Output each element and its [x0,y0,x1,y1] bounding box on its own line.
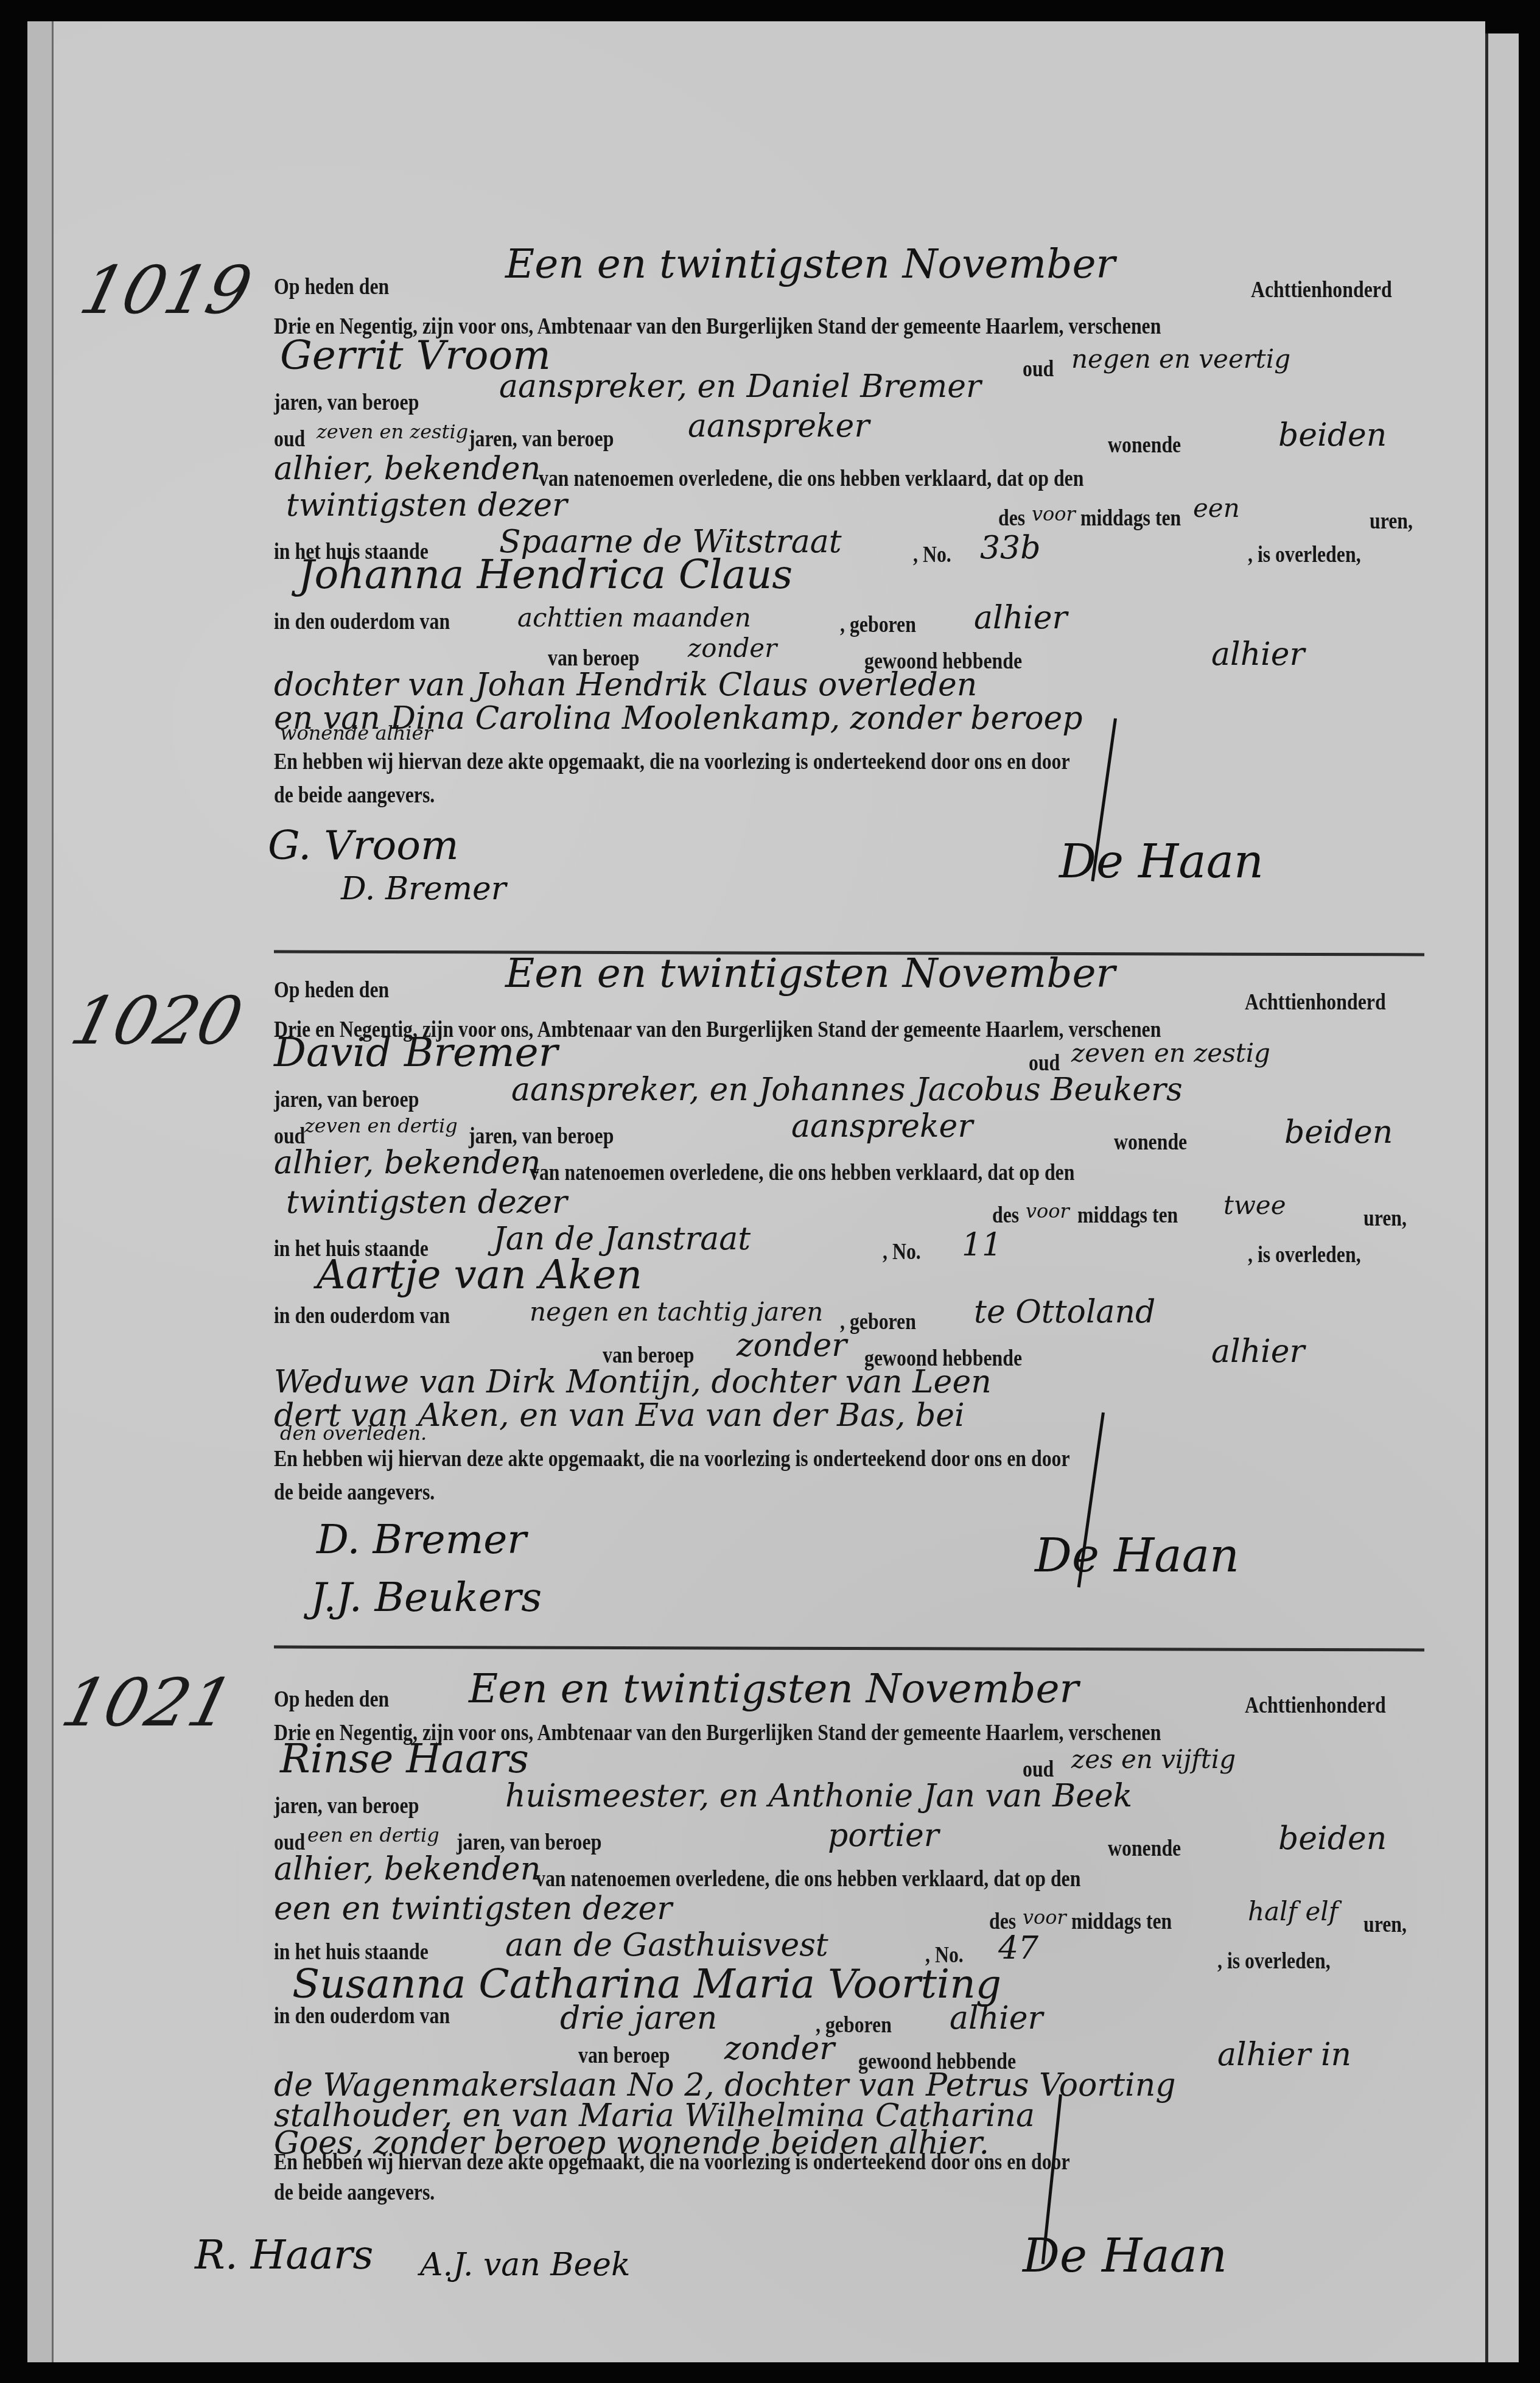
printed-closing-2: de beide aangevers. [274,1479,435,1506]
declarant-1: Rinse Haars [280,1735,529,1782]
record-number: 1020 [63,983,250,1059]
printed-closing-1: En hebben wij hiervan deze akte opgemaak… [274,749,1070,775]
printed-uren: uren, [1370,508,1413,535]
signature-declarant-2: J.J. Beukers [310,1574,542,1621]
declarant-2-age: zeven en dertig [304,1114,458,1137]
record-date: Een en twintigsten November [505,240,1115,287]
printed-wonende: wonende [1108,432,1181,458]
printed-achttienhonderd: Achttienhonderd [1245,989,1386,1016]
printed-achttienhonderd: Achttienhonderd [1251,277,1392,303]
death-day: een en twintigsten dezer [274,1890,672,1927]
declarant-2-age: zeven en zestig [317,420,468,443]
house-number: 33b [980,530,1040,566]
deceased-name: Johanna Hendrica Claus [298,551,793,598]
printed-is-overleden: , is overleden, [1248,1242,1361,1268]
death-day: twintigsten dezer [286,487,567,524]
printed-jaren-van-beroep: jaren, van beroep [274,1087,419,1113]
house-number: 47 [998,1930,1038,1967]
deceased-name: Aartje van Aken [317,1251,642,1298]
deceased-age: negen en tachtig jaren [530,1297,823,1327]
printed-oud-2: oud [274,426,305,452]
printed-uren: uren, [1363,1912,1407,1938]
printed-middags-ten: middags ten [1080,505,1181,532]
house-number: 11 [962,1227,1002,1263]
parents-line-1: Weduwe van Dirk Montijn, dochter van Lee… [274,1364,992,1400]
time-prefix: voor [1023,1906,1066,1929]
printed-op-heden: Op heden den [274,1686,389,1713]
printed-middags-ten: middags ten [1071,1909,1172,1935]
declarant-1-occupation: aanspreker, en Johannes Jacobus Beukers [511,1072,1183,1108]
printed-des: des [998,505,1025,532]
printed-closing-2: de beide aangevers. [274,2180,435,2206]
printed-ouderdom: in den ouderdom van [274,609,450,635]
printed-is-overleden: , is overleden, [1248,542,1361,568]
declarant-1-age: negen en veertig [1071,344,1290,374]
printed-jaren-van-beroep: jaren, van beroep [274,1793,419,1819]
signature-declarant-1: R. Haars [195,2231,373,2278]
declarant-1: David Bremer [274,1029,558,1076]
declarant-2-occupation: aanspreker [688,408,869,444]
time-prefix: voor [1026,1199,1069,1223]
printed-van-beroep: van beroep [578,2043,670,2069]
signature-declarant-1: D. Bremer [317,1516,527,1563]
address: aan de Gasthuisvest [505,1927,828,1964]
death-hour: een [1193,493,1240,523]
deceased-occupation: zonder [737,1327,847,1364]
parents-line-3: wonende alhier [280,721,433,745]
printed-op-heden: Op heden den [274,977,389,1003]
page-binding-edge [27,21,54,2365]
birthplace: alhier [950,2000,1043,2037]
time-prefix: voor [1032,502,1076,525]
deceased-occupation: zonder [688,633,777,663]
printed-middags-ten: middags ten [1077,1202,1178,1229]
relation: alhier, bekenden [274,451,541,487]
signature-declarant-2: A.J. van Beek [420,2247,631,2283]
printed-natenoemen: van natenoemen overledene, die ons hebbe… [536,1866,1080,1892]
birthplace: te Ottoland [974,1294,1155,1330]
parents-line-3: den overleden. [280,1422,427,1445]
printed-no: , No. [913,542,951,568]
record-date: Een en twintigsten November [469,1665,1079,1712]
printed-wonende: wonende [1108,1836,1181,1862]
residence: beiden [1284,1114,1393,1151]
printed-uren: uren, [1363,1206,1407,1232]
printed-geboren: , geboren [840,612,916,638]
record-number: 1019 [72,253,259,329]
printed-closing-2: de beide aangevers. [274,782,435,809]
printed-ouderdom: in den ouderdom van [274,1303,450,1329]
birthplace: alhier [974,600,1067,636]
printed-natenoemen: van natenoemen overledene, die ons hebbe… [530,1160,1074,1186]
declarant-2-occupation: portier [828,1817,939,1854]
declarant-1-occupation: huismeester, en Anthonie Jan van Beek [505,1778,1132,1814]
residence: beiden [1278,1820,1387,1857]
printed-geboren: , geboren [840,1309,916,1335]
printed-is-overleden: , is overleden, [1217,1948,1331,1974]
relation: alhier, bekenden [274,1851,541,1887]
relation: alhier, bekenden [274,1145,541,1181]
printed-ouderdom: in den ouderdom van [274,2003,450,2029]
residence: beiden [1278,417,1387,454]
declarant-2-age: een en dertig [307,1823,439,1847]
signature-official: De Haan [1035,1528,1239,1582]
death-hour: twee [1223,1190,1286,1220]
death-hour: half elf [1248,1897,1338,1926]
deceased-occupation: zonder [724,2030,835,2067]
deceased-age: drie jaren [560,2000,717,2037]
printed-no: , No. [883,1239,921,1265]
lived-at: alhier [1211,636,1304,673]
printed-closing-1: En hebben wij hiervan deze akte opgemaak… [274,1446,1070,1472]
signature-official: De Haan [1059,834,1264,888]
printed-closing-1: En hebben wij hiervan deze akte opgemaak… [274,2149,1070,2175]
printed-wonende: wonende [1114,1129,1187,1156]
declarant-1-age: zeven en zestig [1071,1038,1270,1068]
record-date: Een en twintigsten November [505,950,1115,997]
signature-declarant-2: D. Bremer [341,871,506,907]
declarant-2-occupation: aanspreker [791,1108,973,1145]
next-page-edge [1485,33,1519,2371]
death-day: twintigsten dezer [286,1184,567,1221]
declarant-1-occupation: aanspreker, en Daniel Bremer [499,368,981,405]
declarant-1-age: zes en vijftig [1071,1744,1236,1774]
printed-achttienhonderd: Achttienhonderd [1245,1693,1386,1719]
deceased-age: achttien maanden [517,603,751,633]
printed-des: des [992,1202,1019,1229]
printed-oud: oud [1023,356,1054,382]
printed-jaren-van-beroep-2: jaren, van beroep [469,426,614,452]
scan-border [0,2362,1540,2383]
printed-op-heden: Op heden den [274,274,389,300]
parents-line-1: dochter van Johan Hendrik Claus overlede… [274,667,977,703]
printed-jaren-van-beroep: jaren, van beroep [274,390,419,416]
lived-at: alhier in [1217,2037,1351,2073]
signature-declarant-1: G. Vroom [268,822,459,869]
printed-natenoemen: van natenoemen overledene, die ons hebbe… [539,466,1083,492]
signature-official: De Haan [1023,2228,1227,2283]
record-number: 1021 [54,1665,240,1741]
lived-at: alhier [1211,1333,1304,1370]
